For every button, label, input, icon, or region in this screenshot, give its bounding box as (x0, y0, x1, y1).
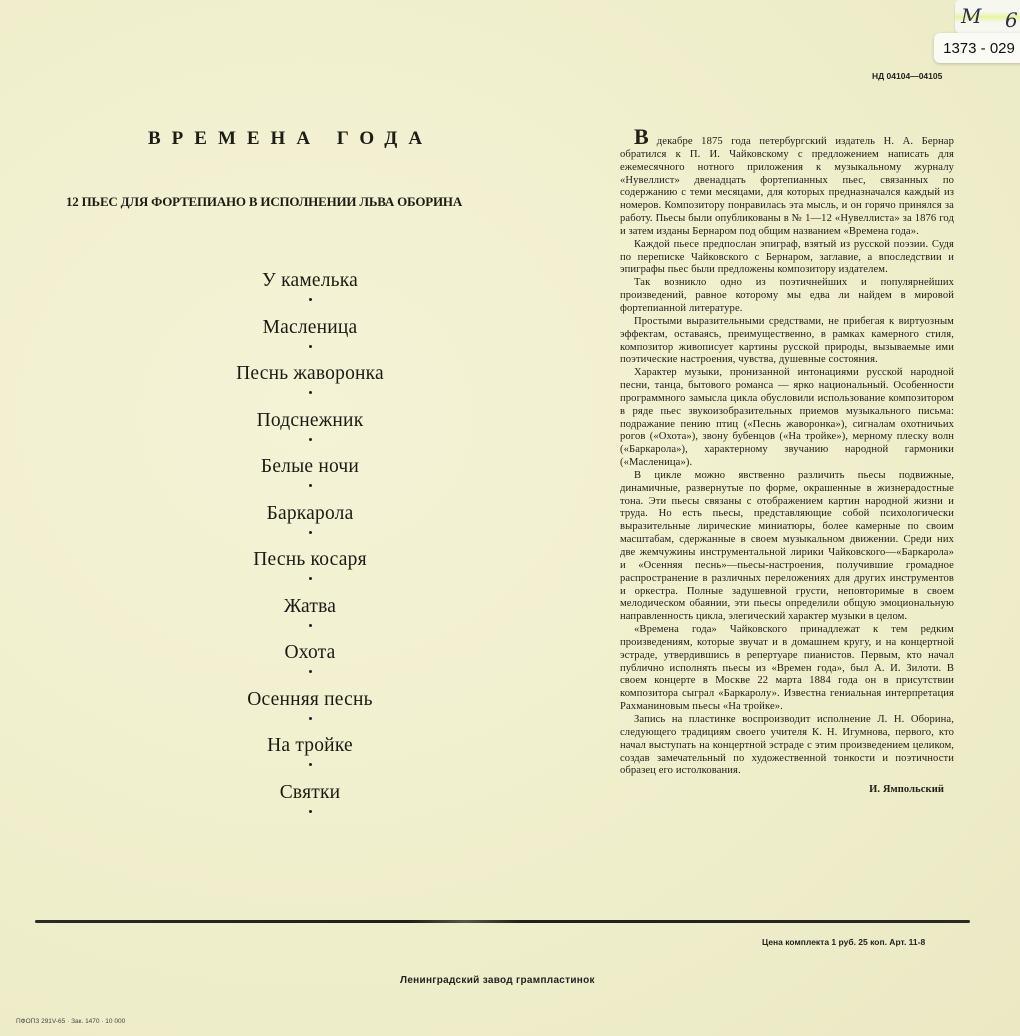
track-title: Масленица (190, 315, 430, 341)
track-title: Баркарола (190, 501, 430, 527)
track-title: Белые ночи (190, 454, 430, 480)
print-info: ПФОПЗ 291V-65 · Зак. 1470 · 10 000 (16, 1018, 125, 1025)
notes-paragraph: «Времена года» Чайковского принадлежат к… (620, 624, 954, 714)
track-title: На тройке (190, 733, 430, 759)
bullet-icon (309, 391, 312, 394)
catalog-code: НД 04104—04105 (872, 71, 942, 81)
track-item: Баркарола (190, 501, 430, 548)
bullet-icon (309, 298, 312, 301)
track-item: Масленица (190, 315, 430, 362)
handwritten-mark: 6 (1005, 8, 1018, 32)
track-title: Жатва (190, 594, 430, 620)
notes-paragraph: Характер музыки, пронизанной интонациями… (620, 367, 954, 470)
bullet-icon (309, 345, 312, 348)
track-title: Святки (190, 780, 430, 806)
notes-author: И. Ямпольский (620, 784, 954, 797)
bullet-icon (309, 438, 312, 441)
track-item: У камелька (190, 268, 430, 315)
bullet-icon (309, 763, 312, 766)
track-item: Песнь жаворонка (190, 361, 430, 408)
handwritten-sticker: M 6 (955, 0, 1020, 34)
notes-paragraph: Каждой пьесе предпослан эпиграф, взятый … (620, 239, 954, 278)
track-item: Жатва (190, 594, 430, 641)
album-subtitle: 12 ПЬЕС ДЛЯ ФОРТЕПИАНО В ИСПОЛНЕНИИ ЛЬВА… (66, 194, 462, 210)
track-item: Святки (190, 780, 430, 827)
tracklist: У камелькаМасленицаПеснь жаворонкаПодсне… (190, 268, 430, 826)
bullet-icon (309, 624, 312, 627)
price-line: Цена комплекта 1 руб. 25 коп. Арт. 11-8 (762, 937, 925, 947)
notes-paragraph: Простыми выразительными средствами, не п… (620, 316, 954, 367)
liner-notes: Вдекабре 1875 года петербургский издател… (620, 130, 954, 797)
divider-rule (35, 920, 970, 923)
notes-paragraph: Так возникло одно из поэтичнейших и попу… (620, 277, 954, 316)
bullet-icon (309, 717, 312, 720)
bullet-icon (309, 670, 312, 673)
track-item: Белые ночи (190, 454, 430, 501)
bullet-icon (309, 577, 312, 580)
handwritten-mark: M (961, 4, 981, 28)
notes-text: декабре 1875 года петербургский издатель… (620, 136, 954, 237)
bullet-icon (309, 484, 312, 487)
track-item: Осенняя песнь (190, 687, 430, 734)
track-item: На тройке (190, 733, 430, 780)
notes-paragraph: В цикле можно явственно различить пьесы … (620, 470, 954, 624)
catalog-sticker: 1373 - 029 (934, 33, 1020, 63)
bullet-icon (309, 531, 312, 534)
dropcap: В (634, 124, 649, 149)
track-title: Песнь косаря (190, 547, 430, 573)
notes-paragraph: Запись на пластинке воспроизводит исполн… (620, 714, 954, 778)
track-title: У камелька (190, 268, 430, 294)
track-title: Подснежник (190, 408, 430, 434)
track-item: Подснежник (190, 408, 430, 455)
track-item: Песнь косаря (190, 547, 430, 594)
album-title: ВРЕМЕНА ГОДА (148, 128, 433, 150)
manufacturer: Ленинградский завод грампластинок (400, 975, 595, 986)
notes-paragraph: Вдекабре 1875 года петербургский издател… (620, 130, 954, 239)
track-title: Осенняя песнь (190, 687, 430, 713)
track-item: Охота (190, 640, 430, 687)
bullet-icon (309, 810, 312, 813)
track-title: Охота (190, 640, 430, 666)
track-title: Песнь жаворонка (190, 361, 430, 387)
